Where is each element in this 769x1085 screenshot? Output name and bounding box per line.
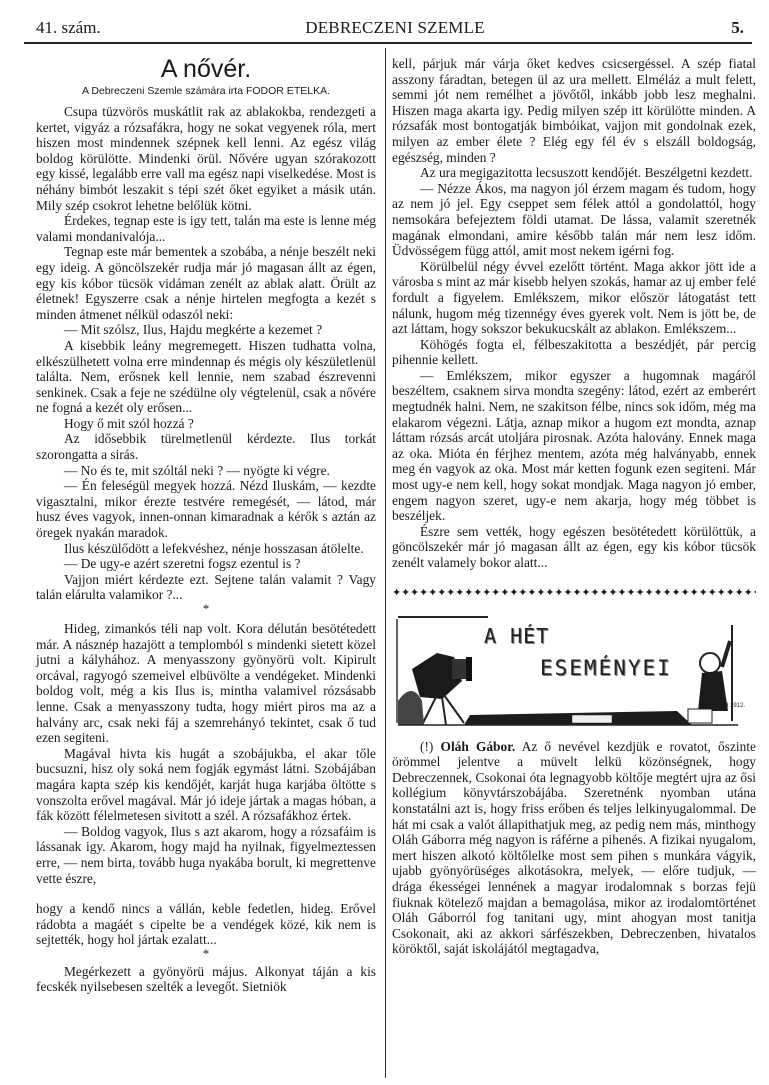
dialog-line: — No és te, mit szóltál neki ? — nyögte … [36, 463, 376, 479]
ornamental-divider: ✦✦✦✦✦✦✦✦✦✦✦✦✦✦✦✦✦✦✦✦✦✦✦✦✦✦✦✦✦✦✦✦✦✦✦✦✦✦✦✦… [392, 587, 756, 599]
banner-title-line1: A HÉT [484, 629, 549, 645]
dialog-line: — Boldog vagyok, Ilus s azt akarom, hogy… [36, 824, 376, 886]
section-break-asterisk: * [36, 948, 376, 960]
right-column: kell, párjuk már várja őket kedves csics… [392, 56, 756, 957]
paragraph: Érdekes, tegnap este is igy tett, talán … [36, 213, 376, 244]
story-byline: A Debreczeni Szemle számára irta FODOR E… [36, 84, 376, 98]
header-rule [24, 42, 752, 44]
paragraph: Az idősebbik türelmetlenül kérdezte. Ilu… [36, 431, 376, 462]
paragraph: Az ura megigazitotta lecsuszott kendőjét… [392, 165, 756, 181]
paragraph: Vajjon miért kérdezte ezt. Sejtene talán… [36, 572, 376, 603]
dialog-line: — Emlékszem, mikor egyszer a hugomnak ma… [392, 368, 756, 524]
paragraph: hogy a kendő nincs a vállán, keble fedet… [36, 901, 376, 948]
paragraph: Magával hivta kis hugát a szobájukba, el… [36, 746, 376, 824]
banner-title-line2: ESEMÉNYEI [540, 661, 672, 677]
story-title: A nővér. [36, 54, 376, 84]
paragraph: Hideg, zimankós téli nap volt. Kora délu… [36, 621, 376, 746]
paragraph: Ilus készülődött a lefekvéshez, nénje ho… [36, 541, 376, 557]
column-divider [385, 48, 386, 1078]
page-number: 5. [731, 18, 744, 38]
paragraph: Észre sem vették, hogy egészen besötéted… [392, 524, 756, 571]
paragraph: Hogy ő mit szól hozzá ? [36, 416, 376, 432]
paragraph: Csupa tüzvörös muskátlit rak az ablakokb… [36, 104, 376, 213]
left-column: A nővér. A Debreczeni Szemle számára irt… [36, 52, 376, 995]
section-banner-illustration: A HÉT ESEMÉNYEI TÓTH 1912. [392, 611, 752, 729]
publication-title: DEBRECZENI SZEMLE [36, 18, 754, 38]
dialog-line: — Nézze Ákos, ma nagyon jól érzem magam … [392, 181, 756, 259]
paragraph: Köhögés fogta el, félbeszakitotta a besz… [392, 337, 756, 368]
paragraph: Megérkezett a gyönyörü május. Alkonyat t… [36, 964, 376, 995]
news-marker: (!) [420, 739, 433, 754]
dialog-line: — Én feleségül megyek hozzá. Nézd Iluská… [36, 478, 376, 540]
paragraph: Körülbelül négy évvel ezelőtt történt. M… [392, 259, 756, 337]
paragraph: kell, párjuk már várja őket kedves csics… [392, 56, 756, 165]
news-text: Az ő nevével kezdjük e rovatot, őszinte … [392, 739, 756, 957]
paragraph: A kisebbik leány megremegett. Hiszen tud… [36, 338, 376, 416]
artist-signature: TÓTH 1912. [712, 703, 745, 709]
dialog-line: — De ugy-e azért szeretni fogsz ezentul … [36, 556, 376, 572]
dialog-line: — Mit szólsz, Ilus, Hajdu megkérte a kez… [36, 322, 376, 338]
section-break-asterisk: * [36, 603, 376, 615]
news-item: (!) Oláh Gábor. Az ő nevével kezdjük e r… [392, 739, 756, 957]
paragraph: Tegnap este már bementek a szobába, a né… [36, 244, 376, 322]
page-header: 41. szám. DEBRECZENI SZEMLE 5. [36, 16, 754, 42]
news-subject-name: Oláh Gábor. [441, 739, 516, 754]
